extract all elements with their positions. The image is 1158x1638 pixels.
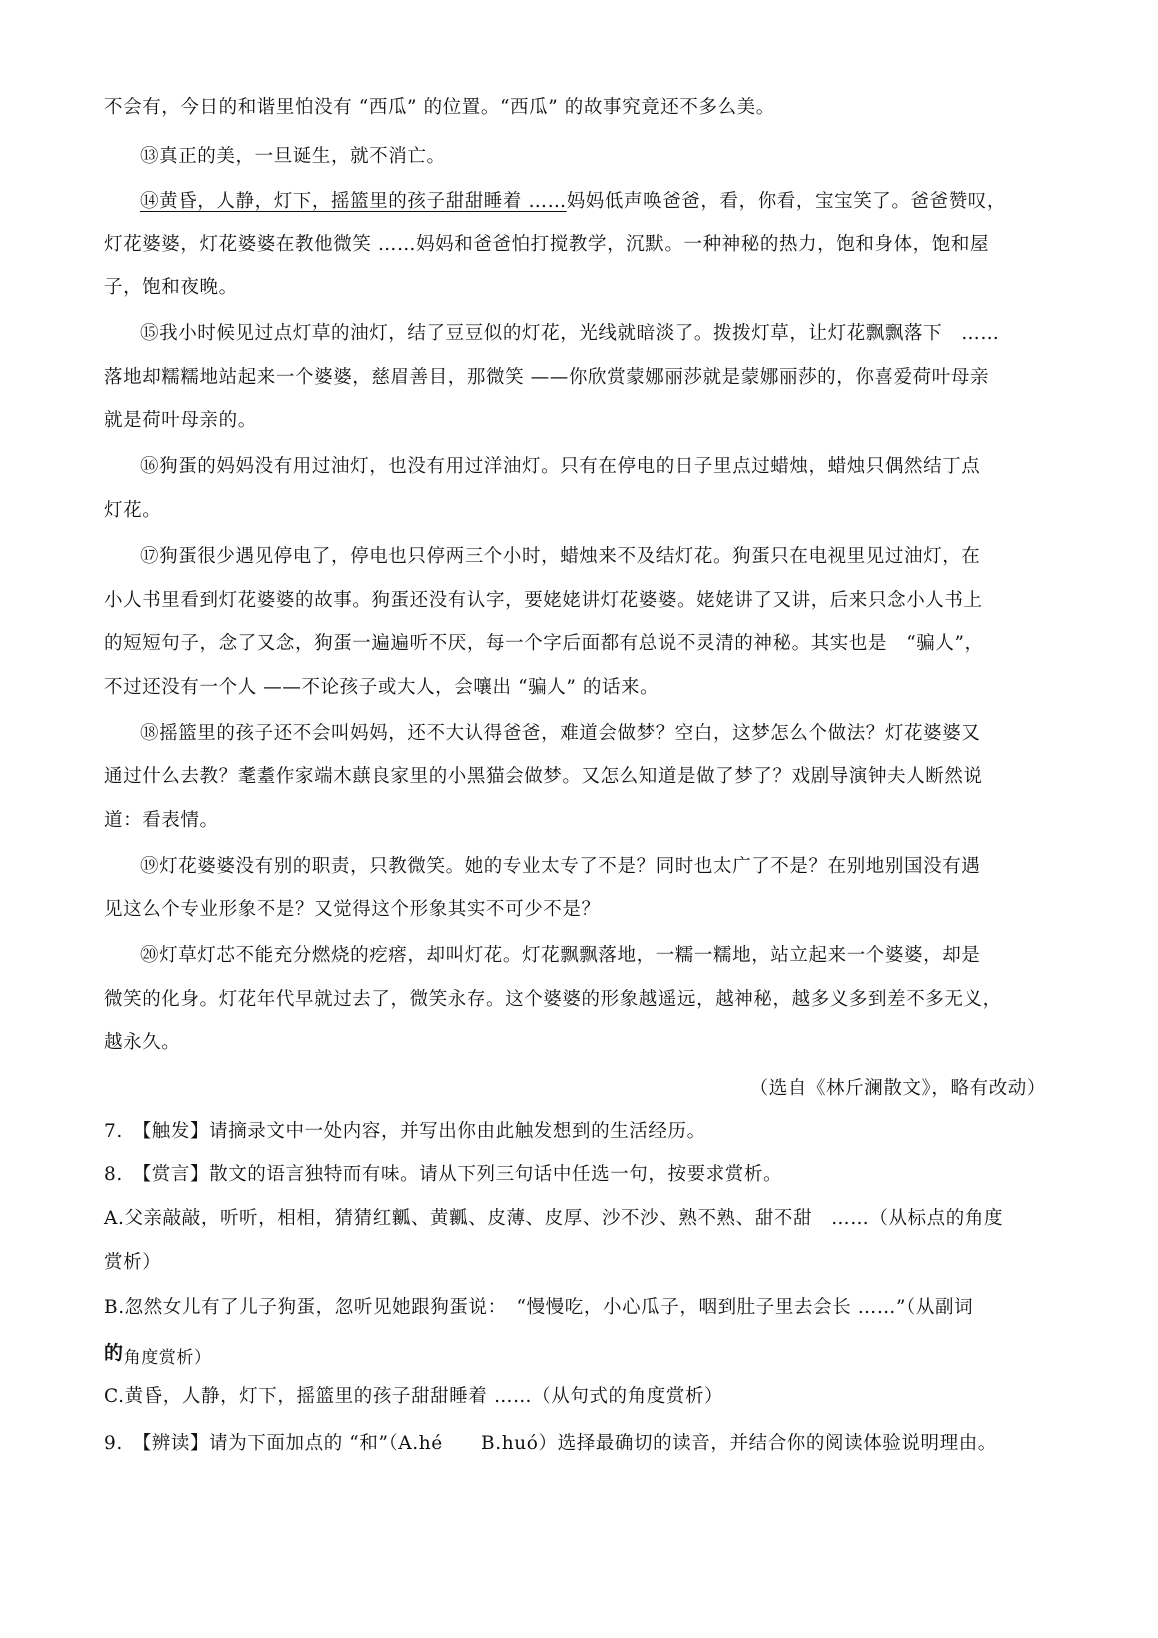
paragraph-20-line-2: 微笑的化身。灯花年代早就过去了，微笑永存。这个婆婆的形象越遥远，越神秘，越多义多… <box>104 988 1002 1012</box>
paragraph-17-line-3: 的短短句子，念了又念，狗蛋一遍遍听不厌，每一个字后面都有总说不灵清的神秘。其实也… <box>104 632 984 656</box>
paragraph-17-line-4: 不过还没有一个人 ——不论孩子或大人，会嚷出 “骗人” 的话来。 <box>104 676 659 700</box>
paragraph-12-tail: 不会有，今日的和谐里怕没有 “西瓜” 的位置。“西瓜” 的故事究竟还不多么美。 <box>104 96 775 120</box>
paragraph-18-line-2: 通过什么去教？耄耋作家端木蕻良家里的小黑猫会做梦。又怎么知道是做了梦了？戏剧导演… <box>104 765 983 789</box>
paragraph-17-line-1: ⑰狗蛋很少遇见停电了，停电也只停两三个小时，蜡烛来不及结灯花。狗蛋只在电视里见过… <box>140 545 980 569</box>
paragraph-20-line-3: 越永久。 <box>104 1031 180 1055</box>
paragraph-18-line-1: ⑱摇篮里的孩子还不会叫妈妈，还不大认得爸爸，难道会做梦？空白，这梦怎么个做法？灯… <box>140 722 980 746</box>
question-8-option-a-line-1: A.父亲敲敲，听听，相相，猜猜红瓤、黄瓤、皮薄、皮厚、沙不沙、熟不熟、甜不甜 …… <box>104 1207 1003 1231</box>
paragraph-14-line-1: ⑭黄昏，人静，灯下，摇篮里的孩子甜甜睡着 ……妈妈低声唤爸爸，看，你看，宝宝笑了… <box>140 190 1006 214</box>
paragraph-16-line-2: 灯花。 <box>104 499 161 523</box>
question-8-option-b-line-2: 的角度赏析） <box>104 1341 212 1366</box>
underlined-sentence: ⑭黄昏，人静，灯下，摇篮里的孩子甜甜睡着 …… <box>140 191 567 212</box>
paragraph-14-line-2: 灯花婆婆，灯花婆婆在教他微笑 ……妈妈和爸爸怕打搅教学，沉默。一种神秘的热力，饱… <box>104 233 989 257</box>
paragraph-16-line-1: ⑯狗蛋的妈妈没有用过油灯，也没有用过洋油灯。只有在停电的日子里点过蜡烛，蜡烛只偶… <box>140 455 980 479</box>
paragraph-15-line-1: ⑮我小时候见过点灯草的油灯，结了豆豆似的灯花，光线就暗淡了。拨拨灯草，让灯花飘飘… <box>140 322 1000 346</box>
question-9: 9. 【辨读】请为下面加点的 “和”（A.hé B.huó）选择最确切的读音，并… <box>104 1432 997 1456</box>
paragraph-15-line-2: 落地却糯糯地站起来一个婆婆，慈眉善目，那微笑 ——你欣赏蒙娜丽莎就是蒙娜丽莎的，… <box>104 366 989 390</box>
paragraph-13: ⑬真正的美，一旦诞生，就不消亡。 <box>140 145 446 169</box>
question-8-option-b-line-1: B.忽然女儿有了儿子狗蛋，忽听见她跟狗蛋说： “慢慢吃，小心瓜子，咽到肚子里去会… <box>104 1296 973 1320</box>
paragraph-20-line-1: ⑳灯草灯芯不能充分燃烧的疙瘩，却叫灯花。灯花飘飘落地，一糯一糯地，站立起来一个婆… <box>140 944 980 968</box>
paragraph-14-line-3: 子，饱和夜晚。 <box>104 276 238 300</box>
question-8-option-a-line-2: 赏析） <box>104 1251 161 1275</box>
paragraph-14-line-1-rest: 妈妈低声唤爸爸，看，你看，宝宝笑了。爸爸赞叹， <box>567 191 1006 212</box>
paragraph-19-line-2: 见这么个专业形象不是？又觉得这个形象其实不可少不是？ <box>104 898 601 922</box>
question-8: 8. 【赏言】散文的语言独特而有味。请从下列三句话中任选一句，按要求赏析。 <box>104 1163 782 1187</box>
paragraph-18-line-3: 道：看表情。 <box>104 809 219 833</box>
paragraph-17-line-2: 小人书里看到灯花婆婆的故事。狗蛋还没有认字，要姥姥讲灯花婆婆。姥姥讲了又讲，后来… <box>104 589 983 613</box>
question-8-option-c: C.黄昏，人静，灯下，摇篮里的孩子甜甜睡着 ……（从句式的角度赏析） <box>104 1385 723 1409</box>
source-citation: （选自《林斤澜散文》，略有改动） <box>750 1077 1046 1101</box>
paragraph-19-line-1: ⑲灯花婆婆没有别的职责，只教微笑。她的专业太专了不是？同时也太广了不是？在别地别… <box>140 855 980 879</box>
document-page: 不会有，今日的和谐里怕没有 “西瓜” 的位置。“西瓜” 的故事究竟还不多么美。 … <box>0 0 1158 1638</box>
bold-char: 的 <box>104 1342 124 1364</box>
paragraph-15-line-3: 就是荷叶母亲的。 <box>104 409 257 433</box>
option-b-rest: 角度赏析） <box>124 1348 212 1368</box>
question-7: 7. 【触发】请摘录文中一处内容，并写出你由此触发想到的生活经历。 <box>104 1120 706 1144</box>
